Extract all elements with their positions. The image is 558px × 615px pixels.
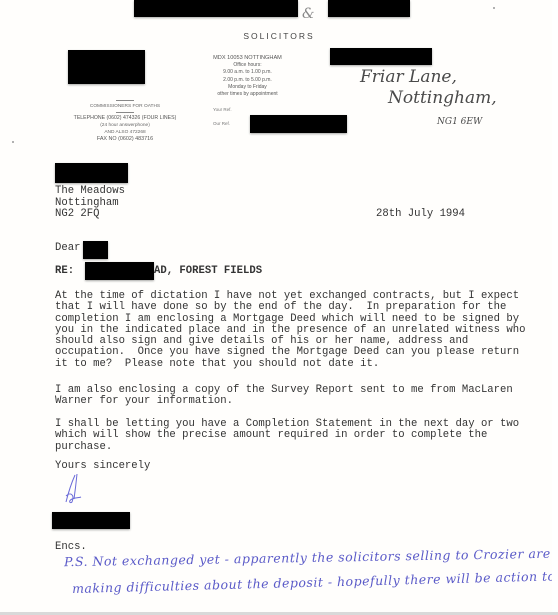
handwritten-ps-line-2: making difficulties about the deposit - … [72,567,558,596]
your-ref-label: Your Ref. [213,107,232,112]
re-label: RE: [55,266,74,277]
address-postcode: NG1 6EW [437,117,482,127]
divider [116,100,134,101]
paragraph-completion: I shall be letting you have a Completion… [55,419,495,453]
redacted-partner-names [68,50,145,84]
answerphone-note: (24 hour answerphone) [40,122,210,129]
paragraph-contracts: At the time of dictation I have not yet … [55,291,495,370]
re-property-suffix: AD, FOREST FIELDS [154,266,262,277]
address-city: Nottingham, [388,88,497,108]
office-days: Monday to Friday [195,84,300,91]
redacted-signatory-name [52,512,130,529]
office-hours-label: Office hours: [195,62,300,69]
office-hours-morning: 9.00 a.m. to 1.00 p.m. [195,69,300,76]
paragraph-survey: I am also enclosing a copy of the Survey… [55,385,495,408]
redacted-our-ref [250,115,347,133]
letter-date: 28th July 1994 [376,209,465,220]
redacted-salutation-name [83,241,108,259]
redacted-firm-name-part1 [134,0,298,17]
mdx-number: MDX 10053 NOTTINGHAM [195,55,300,62]
telephone-number: TELEPHONE (0602) 474326 (FOUR LINES) [40,115,210,122]
letter-page: & SOLICITORS COMMISSIONERS FOR OATHS TEL… [0,0,552,612]
recipient-area: The Meadows [55,186,125,197]
salutation: Dear [55,243,80,254]
divider [116,112,134,113]
closing: Yours sincerely [55,461,150,472]
letterhead-left-block: COMMISSIONERS FOR OATHS TELEPHONE (0602)… [40,98,210,143]
signature [63,472,93,507]
recipient-postcode: NG2 2FQ [55,209,125,220]
commissioners-for-oaths: COMMISSIONERS FOR OATHS [40,103,210,110]
paper-speck [12,141,14,143]
redacted-firm-name-part2 [328,0,410,17]
enclosures-note: Encs. [55,542,87,553]
address-street: Friar Lane, [360,67,457,87]
our-ref-label: Our Ref. [213,121,230,126]
firm-type-heading: SOLICITORS [0,31,558,41]
letterhead-center-block: MDX 10053 NOTTINGHAM Office hours: 9.00 … [195,55,300,98]
redacted-building-name [330,48,432,65]
fax-number: FAX NO (0602) 483716 [40,136,210,143]
redacted-property-address [85,262,154,280]
office-hours-afternoon: 2.00 p.m. to 5.00 p.m. [195,77,300,84]
handwritten-ps-line-1: P.S. Not exchanged yet - apparently the … [64,546,551,569]
firm-ampersand: & [302,6,314,22]
page-edge [552,0,558,615]
redacted-recipient-name [55,163,128,183]
also-number: AND ALSO 472268 [40,129,210,136]
paper-speck [493,7,495,9]
other-times: other times by appointment [195,91,300,98]
